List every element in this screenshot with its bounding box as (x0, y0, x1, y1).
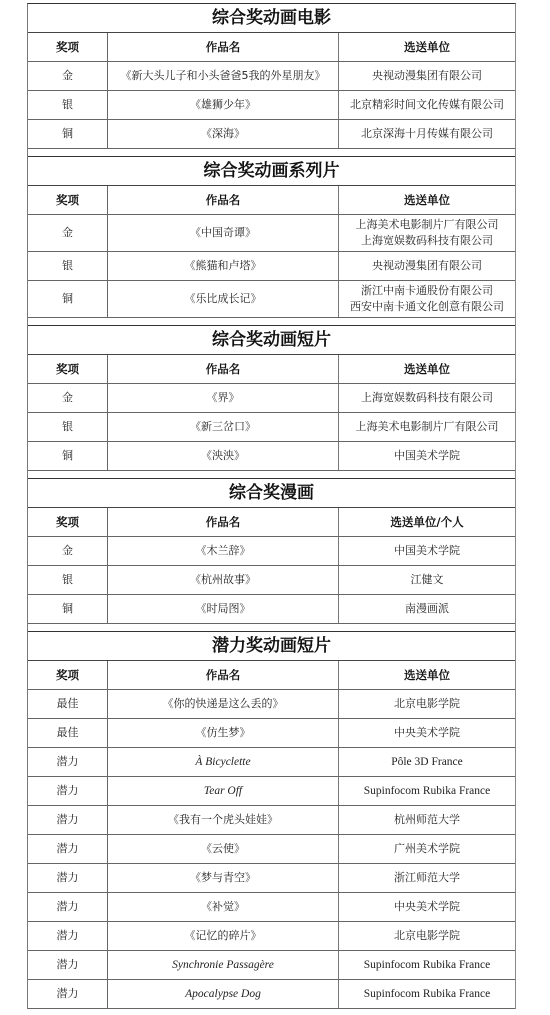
award-cell: 潜力 (28, 864, 108, 892)
award-cell: 银 (28, 566, 108, 594)
unit-cell: 中央美术学院 (339, 719, 515, 747)
work-cell: 《新三岔口》 (108, 413, 339, 441)
header-award: 奖项 (28, 186, 108, 214)
table-row: 潜力 Synchronie Passagère Supinfocom Rubik… (28, 951, 515, 980)
award-cell: 金 (28, 215, 108, 251)
table-row: 最佳 《你的快递是这么丢的》 北京电影学院 (28, 690, 515, 719)
header-work: 作品名 (108, 33, 339, 61)
unit-cell: 浙江中南卡通股份有限公司 西安中南卡通文化创意有限公司 (339, 281, 515, 317)
table-row: 最佳 《仿生梦》 中央美术学院 (28, 719, 515, 748)
award-cell: 铜 (28, 442, 108, 470)
header-unit: 选送单位 (339, 33, 515, 61)
unit-name: 浙江中南卡通股份有限公司 (361, 283, 493, 299)
award-cell: 金 (28, 384, 108, 412)
unit-cell: Pôle 3D France (339, 748, 515, 776)
unit-cell: 浙江师范大学 (339, 864, 515, 892)
unit-name: 上海宽娱数码科技有限公司 (361, 390, 493, 406)
award-cell: 潜力 (28, 893, 108, 921)
unit-name: 上海美术电影制片厂有限公司 (356, 217, 499, 233)
table-row: 铜 《深海》 北京深海十月传媒有限公司 (28, 120, 515, 149)
unit-cell: 南漫画派 (339, 595, 515, 623)
award-cell: 金 (28, 537, 108, 565)
section-animated-series: 综合奖动画系列片 奖项 作品名 选送单位 金 《中国奇谭》 上海美术电影制片厂有… (28, 157, 515, 326)
table-row: 潜力 À Bicyclette Pôle 3D France (28, 748, 515, 777)
header-unit: 选送单位 (339, 355, 515, 383)
work-cell: 《新大头儿子和小头爸爸5我的外星朋友》 (108, 62, 339, 90)
unit-name: 中国美术学院 (394, 543, 460, 559)
award-cell: 银 (28, 252, 108, 280)
award-cell: 潜力 (28, 922, 108, 950)
table-row: 潜力 《我有一个虎头娃娃》 杭州师范大学 (28, 806, 515, 835)
table-header-row: 奖项 作品名 选送单位 (28, 661, 515, 690)
unit-cell: 中国美术学院 (339, 442, 515, 470)
work-cell: Tear Off (108, 777, 339, 805)
work-cell: Synchronie Passagère (108, 951, 339, 979)
unit-name: 北京深海十月传媒有限公司 (361, 126, 493, 142)
award-cell: 潜力 (28, 777, 108, 805)
unit-cell: 江健文 (339, 566, 515, 594)
header-unit: 选送单位/个人 (339, 508, 515, 536)
award-cell: 最佳 (28, 690, 108, 718)
award-cell: 潜力 (28, 980, 108, 1008)
unit-name: Supinfocom Rubika France (364, 957, 490, 973)
unit-cell: 央视动漫集团有限公司 (339, 62, 515, 90)
section-title: 综合奖漫画 (28, 479, 515, 508)
work-cell: 《补觉》 (108, 893, 339, 921)
unit-name: 江健文 (411, 572, 444, 588)
work-cell: À Bicyclette (108, 748, 339, 776)
award-cell: 潜力 (28, 951, 108, 979)
section-spacer (28, 471, 515, 478)
unit-name: 中央美术学院 (394, 899, 460, 915)
unit-cell: 上海美术电影制片厂有限公司 (339, 413, 515, 441)
table-row: 银 《新三岔口》 上海美术电影制片厂有限公司 (28, 413, 515, 442)
unit-cell: 北京精彩时间文化传媒有限公司 (339, 91, 515, 119)
table-row: 潜力 Tear Off Supinfocom Rubika France (28, 777, 515, 806)
work-cell: 《乐比成长记》 (108, 281, 339, 317)
work-cell: 《记忆的碎片》 (108, 922, 339, 950)
section-spacer (28, 624, 515, 631)
unit-name: 上海美术电影制片厂有限公司 (356, 419, 499, 435)
section-title: 综合奖动画电影 (28, 4, 515, 33)
unit-name: 中国美术学院 (394, 448, 460, 464)
unit-name: 央视动漫集团有限公司 (372, 68, 482, 84)
unit-cell: 北京深海十月传媒有限公司 (339, 120, 515, 148)
work-cell: 《仿生梦》 (108, 719, 339, 747)
work-cell: 《你的快递是这么丢的》 (108, 690, 339, 718)
unit-cell: 央视动漫集团有限公司 (339, 252, 515, 280)
work-cell: 《雄狮少年》 (108, 91, 339, 119)
unit-cell: 中央美术学院 (339, 893, 515, 921)
unit-cell: 广州美术学院 (339, 835, 515, 863)
table-row: 金 《木兰辞》 中国美术学院 (28, 537, 515, 566)
table-row: 潜力 Apocalypse Dog Supinfocom Rubika Fran… (28, 980, 515, 1009)
header-work: 作品名 (108, 186, 339, 214)
section-title: 潜力奖动画短片 (28, 632, 515, 661)
unit-name: 北京电影学院 (394, 696, 460, 712)
section-title: 综合奖动画短片 (28, 326, 515, 355)
unit-cell: Supinfocom Rubika France (339, 777, 515, 805)
table-row: 金 《界》 上海宽娱数码科技有限公司 (28, 384, 515, 413)
work-cell: 《时局图》 (108, 595, 339, 623)
unit-name: 北京电影学院 (394, 928, 460, 944)
work-cell: 《梦与青空》 (108, 864, 339, 892)
unit-cell: 杭州师范大学 (339, 806, 515, 834)
header-award: 奖项 (28, 33, 108, 61)
award-cell: 最佳 (28, 719, 108, 747)
section-animated-short: 综合奖动画短片 奖项 作品名 选送单位 金 《界》 上海宽娱数码科技有限公司 银… (28, 326, 515, 479)
header-work: 作品名 (108, 355, 339, 383)
work-cell: 《深海》 (108, 120, 339, 148)
table-row: 铜 《乐比成长记》 浙江中南卡通股份有限公司 西安中南卡通文化创意有限公司 (28, 281, 515, 318)
table-row: 金 《中国奇谭》 上海美术电影制片厂有限公司 上海宽娱数码科技有限公司 (28, 215, 515, 252)
table-header-row: 奖项 作品名 选送单位/个人 (28, 508, 515, 537)
table-row: 潜力 《梦与青空》 浙江师范大学 (28, 864, 515, 893)
section-spacer (28, 149, 515, 156)
unit-cell: 中国美术学院 (339, 537, 515, 565)
award-cell: 潜力 (28, 835, 108, 863)
header-work: 作品名 (108, 508, 339, 536)
section-comics: 综合奖漫画 奖项 作品名 选送单位/个人 金 《木兰辞》 中国美术学院 银 《杭… (28, 479, 515, 632)
unit-cell: Supinfocom Rubika France (339, 980, 515, 1008)
table-header-row: 奖项 作品名 选送单位 (28, 186, 515, 215)
award-cell: 潜力 (28, 806, 108, 834)
work-cell: 《云使》 (108, 835, 339, 863)
unit-name: 中央美术学院 (394, 725, 460, 741)
work-cell: 《中国奇谭》 (108, 215, 339, 251)
unit-name: Supinfocom Rubika France (364, 783, 490, 799)
unit-name: 杭州师范大学 (394, 812, 460, 828)
table-row: 银 《雄狮少年》 北京精彩时间文化传媒有限公司 (28, 91, 515, 120)
award-cell: 金 (28, 62, 108, 90)
unit-cell: 北京电影学院 (339, 922, 515, 950)
table-row: 银 《杭州故事》 江健文 (28, 566, 515, 595)
work-cell: 《熊猫和卢塔》 (108, 252, 339, 280)
unit-name: 央视动漫集团有限公司 (372, 258, 482, 274)
table-header-row: 奖项 作品名 选送单位 (28, 33, 515, 62)
header-award: 奖项 (28, 661, 108, 689)
work-cell: 《泱泱》 (108, 442, 339, 470)
table-row: 潜力 《记忆的碎片》 北京电影学院 (28, 922, 515, 951)
awards-document: 综合奖动画电影 奖项 作品名 选送单位 金 《新大头儿子和小头爸爸5我的外星朋友… (27, 3, 516, 1009)
work-cell: 《我有一个虎头娃娃》 (108, 806, 339, 834)
award-cell: 银 (28, 413, 108, 441)
table-row: 铜 《时局图》 南漫画派 (28, 595, 515, 624)
table-row: 潜力 《云使》 广州美术学院 (28, 835, 515, 864)
unit-cell: 北京电影学院 (339, 690, 515, 718)
award-cell: 铜 (28, 595, 108, 623)
header-unit: 选送单位 (339, 661, 515, 689)
unit-name: 浙江师范大学 (394, 870, 460, 886)
unit-cell: Supinfocom Rubika France (339, 951, 515, 979)
work-cell: Apocalypse Dog (108, 980, 339, 1008)
section-animated-feature: 综合奖动画电影 奖项 作品名 选送单位 金 《新大头儿子和小头爸爸5我的外星朋友… (28, 4, 515, 157)
header-award: 奖项 (28, 355, 108, 383)
award-cell: 银 (28, 91, 108, 119)
table-row: 潜力 《补觉》 中央美术学院 (28, 893, 515, 922)
award-cell: 铜 (28, 120, 108, 148)
unit-name: 上海宽娱数码科技有限公司 (361, 233, 493, 249)
header-work: 作品名 (108, 661, 339, 689)
unit-name: 南漫画派 (405, 601, 449, 617)
work-cell: 《木兰辞》 (108, 537, 339, 565)
work-cell: 《杭州故事》 (108, 566, 339, 594)
work-cell: 《界》 (108, 384, 339, 412)
unit-name: 西安中南卡通文化创意有限公司 (350, 299, 504, 315)
unit-name: Pôle 3D France (391, 754, 463, 770)
table-row: 银 《熊猫和卢塔》 央视动漫集团有限公司 (28, 252, 515, 281)
unit-name: Supinfocom Rubika France (364, 986, 490, 1002)
table-header-row: 奖项 作品名 选送单位 (28, 355, 515, 384)
section-title: 综合奖动画系列片 (28, 157, 515, 186)
header-award: 奖项 (28, 508, 108, 536)
table-row: 金 《新大头儿子和小头爸爸5我的外星朋友》 央视动漫集团有限公司 (28, 62, 515, 91)
section-spacer (28, 318, 515, 325)
unit-name: 广州美术学院 (394, 841, 460, 857)
unit-cell: 上海宽娱数码科技有限公司 (339, 384, 515, 412)
award-cell: 铜 (28, 281, 108, 317)
table-row: 铜 《泱泱》 中国美术学院 (28, 442, 515, 471)
unit-name: 北京精彩时间文化传媒有限公司 (350, 97, 504, 113)
section-potential-short: 潜力奖动画短片 奖项 作品名 选送单位 最佳 《你的快递是这么丢的》 北京电影学… (28, 632, 515, 1009)
award-cell: 潜力 (28, 748, 108, 776)
unit-cell: 上海美术电影制片厂有限公司 上海宽娱数码科技有限公司 (339, 215, 515, 251)
header-unit: 选送单位 (339, 186, 515, 214)
